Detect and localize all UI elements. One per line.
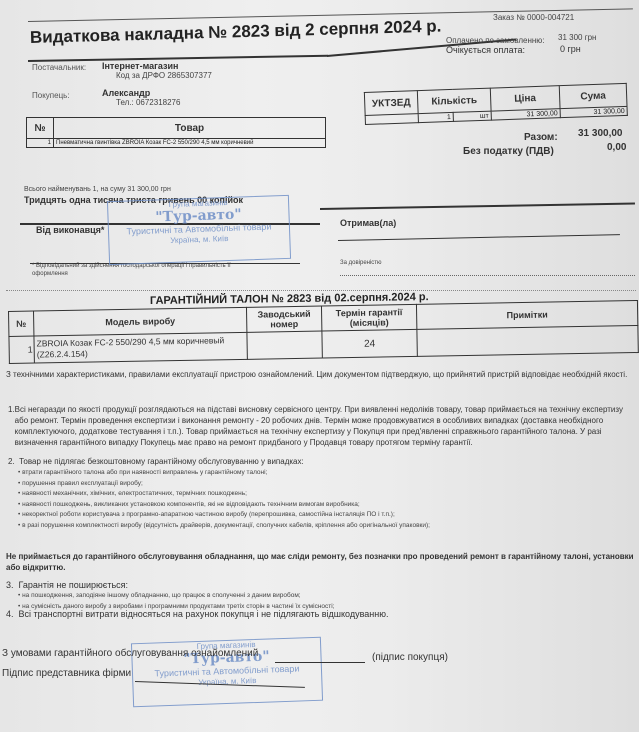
col-header-no: № — [27, 118, 54, 139]
warranty-item-2: 2. Товар не підлягає безкоштовному гаран… — [8, 457, 304, 466]
row-item: Пневматична гвинтівка ZBROIA Козак FC-2 … — [54, 139, 326, 148]
tear-line — [6, 290, 636, 291]
list-item: • на пошкодження, заподіяне іншому облад… — [8, 591, 335, 602]
paid-label: Оплачено по замовленню: — [446, 36, 545, 45]
buyer-label: Покупець: — [32, 91, 70, 100]
col-header-item: Товар — [54, 118, 326, 139]
paid-value: 31 300 грн — [558, 33, 596, 42]
row-unit: шт — [453, 111, 491, 121]
total-label: Разом: — [524, 132, 558, 143]
row-term: 24 — [322, 329, 417, 358]
vat-label: Без податку (ПДВ) — [463, 146, 554, 157]
list-item: • в разі порушення комплектності виробу … — [8, 521, 430, 532]
document-page: Заказ № 0000-004721 Видаткова накладна №… — [0, 0, 639, 732]
responsible-footnote: * Відповідальний за здійснення господарс… — [32, 262, 262, 278]
total-value: 31 300,00 — [578, 128, 623, 139]
awaiting-value: 0 грн — [560, 44, 581, 54]
item-text: Гарантія не поширюється: — [19, 580, 129, 590]
col-header-model: Модель виробу — [34, 307, 247, 336]
warranty-item-1: 1. Всі негаразди по якості продукції роз… — [8, 404, 633, 448]
terms-acknowledgement: З умовами гарантійного обслуговування оз… — [2, 648, 258, 659]
row-qty: 1 — [418, 112, 453, 122]
receiver-signature-line — [338, 234, 620, 241]
vat-value: 0,00 — [607, 142, 626, 153]
row-sum: 31 300,00 — [560, 106, 627, 117]
invoice-table-left: № Товар 1 Пневматична гвинтівка ZBROIA К… — [26, 117, 326, 148]
executor-label: Від виконавця* — [36, 225, 104, 235]
row-uktzed — [365, 114, 418, 125]
items-count-summary: Всього найменувань 1, на суму 31 300,00 … — [24, 186, 171, 193]
row-serial — [247, 331, 322, 359]
col-header-notes: Примітки — [416, 301, 637, 330]
col-header-price: Ціна — [490, 86, 560, 111]
item-number: 1. — [8, 404, 15, 448]
warranty-item-3: 3. Гарантія не поширюється: — [6, 580, 128, 590]
list-item: • наявності механічних, хімічних, електр… — [8, 489, 430, 500]
buyer-phone: Тел.: 0672318276 — [116, 98, 180, 107]
buyer-signature-line — [275, 662, 365, 663]
col-header-serial: Заводський номер — [246, 306, 321, 332]
item-number: 4. — [6, 609, 19, 619]
list-item: • наявності пошкоджень, викликаних устан… — [8, 500, 430, 511]
buyer-name: Александр — [102, 88, 150, 98]
awaiting-label: Очікується оплата: — [446, 45, 525, 55]
row-model: ZBROIA Козак FC-2 550/290 4,5 мм коричне… — [34, 332, 247, 363]
row-notes — [417, 326, 638, 357]
warranty-intro: З технічними характеристиками, правилами… — [6, 369, 636, 380]
supplier-name: Інтернет-магазин — [102, 61, 178, 71]
warranty-item-4: 4. Всі транспортні витрати відносяться н… — [6, 609, 389, 619]
list-item: • некоректної роботи користувача з прогр… — [8, 510, 430, 521]
invoice-title: Видаткова накладна № 2823 від 2 серпня 2… — [30, 17, 442, 48]
col-header-uktzed: УКТЗЕД — [364, 91, 418, 116]
col-header-qty: Кількість — [417, 88, 491, 114]
invoice-table-right: УКТЗЕД Кількість Ціна Сума 1 шт 31 300,0… — [364, 83, 628, 125]
item-text: Всі негаразди по якості продукції розгля… — [15, 404, 633, 448]
col-header-no: № — [9, 311, 34, 336]
item-number: 2. — [8, 457, 19, 466]
order-number: Заказ № 0000-004721 — [493, 13, 574, 22]
supplier-code: Код за ДРФО 2865307377 — [116, 71, 212, 80]
row-price: 31 300,00 — [491, 109, 560, 120]
row-no: 1 — [9, 336, 34, 363]
item-text: Товар не підлягає безкоштовному гарантій… — [19, 457, 304, 466]
proxy-label: За довіреністю — [340, 260, 382, 266]
item-number: 3. — [6, 580, 19, 590]
supplier-label: Постачальник: — [32, 63, 86, 72]
row-no: 1 — [27, 139, 54, 148]
warranty-item-2-bullets: • втрати гарантійного талона або при ная… — [8, 468, 430, 531]
divider — [320, 203, 635, 210]
col-header-term: Термін гарантії (місяців) — [321, 304, 416, 331]
list-item: • втрати гарантійного талона або при ная… — [8, 468, 430, 479]
buyer-signature-label: (підпис покупця) — [372, 652, 448, 663]
list-item: • порушення правил експлуатації виробу; — [8, 479, 430, 490]
item-text: Всі транспортні витрати відносяться на р… — [19, 609, 389, 619]
col-header-sum: Сума — [559, 83, 627, 108]
warranty-table: № Модель виробу Заводський номер Термін … — [8, 300, 639, 364]
representative-signature-label: Підпис представника фірми — [2, 668, 131, 679]
company-stamp: Група магазинів "Тур-авто" Туристичні та… — [107, 195, 291, 265]
table-row: 1 Пневматична гвинтівка ZBROIA Козак FC-… — [27, 139, 326, 148]
dotted-line — [340, 275, 635, 276]
receiver-label: Отримав(ла) — [340, 218, 396, 228]
repair-mark-note: Не приймається до гарантійного обслугову… — [6, 551, 636, 573]
